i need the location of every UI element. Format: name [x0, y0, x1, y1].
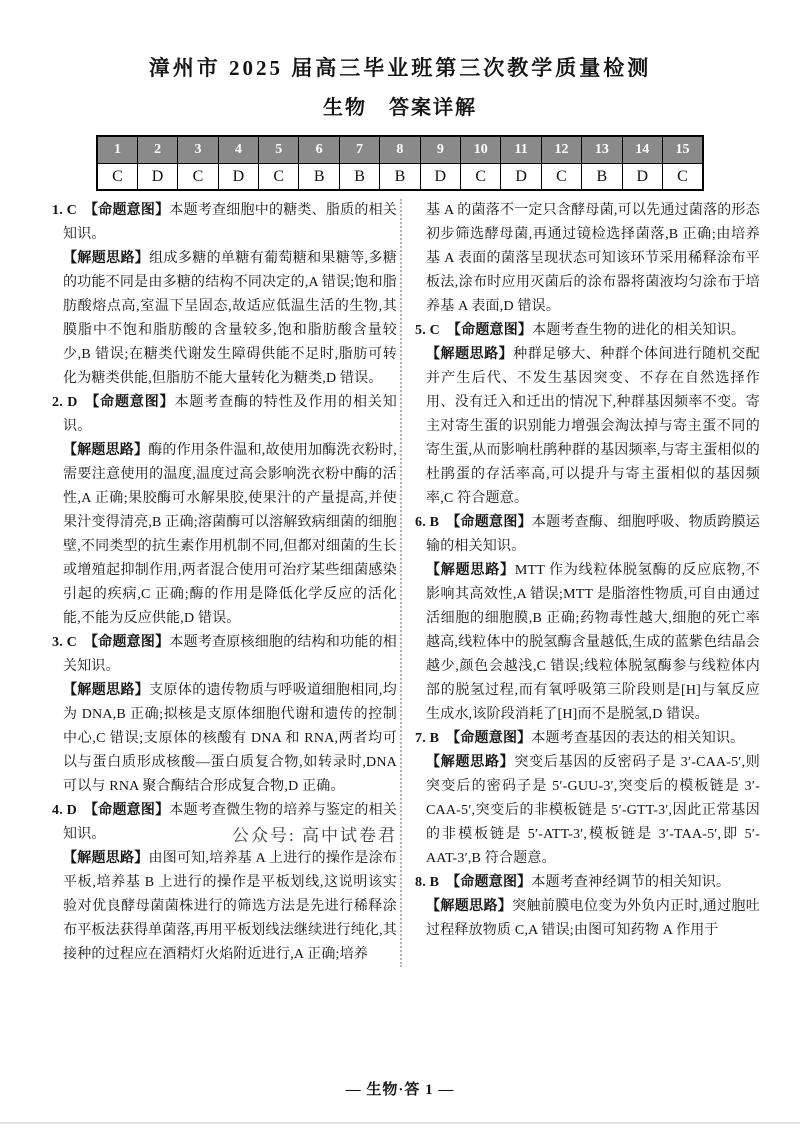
solution-label: 【解题思路】: [63, 851, 148, 866]
intent-label: 【命题意图】: [84, 635, 169, 650]
intent-label: 【命题意图】: [447, 323, 532, 338]
answer-cell: B: [380, 164, 420, 191]
document-page: 漳州市 2025 届高三毕业班第三次教学质量检测 生物 答案详解 1234567…: [0, 0, 800, 1131]
intent-paragraph: 8. B【命题意图】本题考查神经调节的相关知识。: [415, 871, 760, 895]
question-block: 1. C【命题意图】本题考查细胞中的糖类、脂质的相关知识。 【解题思路】组成多糖…: [52, 199, 397, 391]
answer-header-cell: 14: [622, 136, 662, 164]
intent-text: 本题考查基因的表达的相关知识。: [531, 731, 744, 746]
solution-label: 【解题思路】: [63, 683, 149, 698]
answer-header-cell: 11: [501, 136, 541, 164]
left-column: 1. C【命题意图】本题考查细胞中的糖类、脂质的相关知识。 【解题思路】组成多糖…: [52, 199, 397, 967]
question-block: 7. B【命题意图】本题考查基因的表达的相关知识。 【解题思路】突变后基因的反密…: [415, 727, 760, 871]
intent-label: 【命题意图】: [84, 203, 169, 218]
question-block: 3. C【命题意图】本题考查原核细胞的结构和功能的相关知识。 【解题思路】支原体…: [52, 631, 397, 799]
intent-label: 【命题意图】: [85, 395, 175, 410]
intent-paragraph: 5. C【命题意图】本题考查生物的进化的相关知识。: [415, 319, 760, 343]
answer-key-table: 123456789101112131415 CDCDCBBBDCDCBDC: [96, 135, 704, 191]
solution-text: 突变后基因的反密码子是 3′-CAA-5′,则突变后的密码子是 5′-GUU-3…: [426, 755, 760, 866]
page-title: 漳州市 2025 届高三毕业班第三次教学质量检测: [0, 52, 800, 82]
question-block: 2. D【命题意图】本题考查酶的特性及作用的相关知识。 【解题思路】酶的作用条件…: [52, 391, 397, 631]
answer-header-cell: 3: [178, 136, 218, 164]
answer-cell: C: [97, 164, 137, 191]
answer-header-cell: 6: [299, 136, 339, 164]
intent-text: 本题考查神经调节的相关知识。: [531, 875, 730, 890]
page-subtitle: 生物 答案详解: [0, 91, 800, 120]
answer-cell: B: [582, 164, 622, 191]
solution-text: MTT 作为线粒体脱氢酶的反应底物,不影响其高效性,A 错误;MTT 是脂溶性物…: [426, 563, 760, 722]
solution-paragraph: 【解题思路】种群足够大、种群个体间进行随机交配并产生后代、不发生基因突变、不存在…: [415, 343, 760, 511]
right-column: 基 A 的菌落不一定只含酵母菌,可以先通过菌落的形态初步筛选酵母菌,再通过镜检选…: [402, 199, 760, 967]
answer-header-cell: 10: [461, 136, 501, 164]
answer-header-cell: 13: [582, 136, 622, 164]
solution-text: 酶的作用条件温和,故使用加酶洗衣粉时,需要注意使用的温度,温度过高会影响洗衣粉中…: [63, 443, 397, 626]
answer-cell: C: [178, 164, 218, 191]
question-number-and-answer: 6. B: [415, 515, 439, 530]
answer-cell: D: [622, 164, 662, 191]
solution-paragraph: 【解题思路】组成多糖的单糖有葡萄糖和果糖等,多糖的功能不同是由多糖的结构不同决定…: [52, 247, 397, 391]
solution-label: 【解题思路】: [63, 251, 149, 266]
answer-table-header-row: 123456789101112131415: [97, 136, 703, 164]
answer-cell: D: [501, 164, 541, 191]
solution-text: 组成多糖的单糖有葡萄糖和果糖等,多糖的功能不同是由多糖的结构不同决定的,A 错误…: [63, 251, 397, 386]
question-block: 基 A 的菌落不一定只含酵母菌,可以先通过菌落的形态初步筛选酵母菌,再通过镜检选…: [415, 199, 760, 319]
watermark-text: 公众号: 高中试卷君: [232, 824, 397, 848]
answer-header-cell: 7: [339, 136, 379, 164]
answer-header-cell: 1: [97, 136, 137, 164]
intent-paragraph: 6. B【命题意图】本题考查酶、细胞呼吸、物质跨膜运输的相关知识。: [415, 511, 760, 559]
solution-text: 种群足够大、种群个体间进行随机交配并产生后代、不发生基因突变、不存在自然选择作用…: [426, 347, 760, 506]
intent-label: 【命题意图】: [84, 803, 169, 818]
answer-header-cell: 4: [218, 136, 258, 164]
solution-paragraph: 【解题思路】突变后基因的反密码子是 3′-CAA-5′,则突变后的密码子是 5′…: [415, 751, 760, 871]
two-column-body: 1. C【命题意图】本题考查细胞中的糖类、脂质的相关知识。 【解题思路】组成多糖…: [0, 199, 800, 967]
answer-cell: B: [299, 164, 339, 191]
intent-paragraph: 1. C【命题意图】本题考查细胞中的糖类、脂质的相关知识。: [52, 199, 397, 247]
question-number-and-answer: 2. D: [52, 395, 78, 410]
solution-label: 【解题思路】: [426, 347, 513, 362]
intent-label: 【命题意图】: [446, 515, 532, 530]
solution-paragraph: 【解题思路】由图可知,培养基 A 上进行的操作是涂布平板,培养基 B 上进行的操…: [52, 847, 397, 967]
page-bottom-edge: [0, 1122, 800, 1124]
answer-header-cell: 2: [137, 136, 177, 164]
solution-label: 【解题思路】: [426, 899, 512, 914]
page-footer: — 生物·答 1 —: [0, 1078, 800, 1099]
intent-paragraph: 2. D【命题意图】本题考查酶的特性及作用的相关知识。: [52, 391, 397, 439]
answer-header-cell: 9: [420, 136, 460, 164]
continuation-text: 基 A 的菌落不一定只含酵母菌,可以先通过菌落的形态初步筛选酵母菌,再通过镜检选…: [426, 203, 760, 314]
answer-header-cell: 15: [662, 136, 703, 164]
continuation-paragraph: 基 A 的菌落不一定只含酵母菌,可以先通过菌落的形态初步筛选酵母菌,再通过镜检选…: [415, 199, 760, 319]
solution-paragraph: 【解题思路】酶的作用条件温和,故使用加酶洗衣粉时,需要注意使用的温度,温度过高会…: [52, 439, 397, 631]
answer-cell: B: [339, 164, 379, 191]
intent-label: 【命题意图】: [446, 875, 531, 890]
solution-text: 支原体的遗传物质与呼吸道细胞相同,均为 DNA,B 正确;拟核是支原体细胞代谢和…: [63, 683, 397, 794]
solution-label: 【解题思路】: [63, 443, 148, 458]
answer-cell: C: [541, 164, 581, 191]
question-number-and-answer: 3. C: [52, 635, 77, 650]
answer-header-cell: 12: [541, 136, 581, 164]
answer-cell: D: [218, 164, 258, 191]
question-number-and-answer: 8. B: [415, 875, 439, 890]
answer-header-cell: 8: [380, 136, 420, 164]
solution-text: 由图可知,培养基 A 上进行的操作是涂布平板,培养基 B 上进行的操作是平板划线…: [63, 851, 397, 962]
intent-label: 【命题意图】: [446, 731, 531, 746]
answer-table-answer-row: CDCDCBBBDCDCBDC: [97, 164, 703, 191]
answer-cell: C: [461, 164, 501, 191]
solution-label: 【解题思路】: [426, 755, 514, 770]
answer-cell: D: [137, 164, 177, 191]
question-number-and-answer: 4. D: [52, 803, 77, 818]
answer-cell: D: [420, 164, 460, 191]
question-block: 8. B【命题意图】本题考查神经调节的相关知识。 【解题思路】突触前膜电位变为外…: [415, 871, 760, 943]
solution-paragraph: 【解题思路】MTT 作为线粒体脱氢酶的反应底物,不影响其高效性,A 错误;MTT…: [415, 559, 760, 727]
intent-paragraph: 4. D【命题意图】本题考查微生物的培养与鉴定的相关知识。 公众号: 高中试卷君: [52, 799, 397, 847]
question-number-and-answer: 5. C: [415, 323, 440, 338]
question-number-and-answer: 1. C: [52, 203, 77, 218]
answer-header-cell: 5: [259, 136, 299, 164]
answer-cell: C: [259, 164, 299, 191]
question-block: 4. D【命题意图】本题考查微生物的培养与鉴定的相关知识。 公众号: 高中试卷君…: [52, 799, 397, 967]
solution-paragraph: 【解题思路】突触前膜电位变为外负内正时,通过胞吐过程释放物质 C,A 错误;由图…: [415, 895, 760, 943]
question-block: 6. B【命题意图】本题考查酶、细胞呼吸、物质跨膜运输的相关知识。 【解题思路】…: [415, 511, 760, 727]
question-block: 5. C【命题意图】本题考查生物的进化的相关知识。 【解题思路】种群足够大、种群…: [415, 319, 760, 511]
solution-paragraph: 【解题思路】支原体的遗传物质与呼吸道细胞相同,均为 DNA,B 正确;拟核是支原…: [52, 679, 397, 799]
solution-label: 【解题思路】: [426, 563, 515, 578]
intent-text: 本题考查生物的进化的相关知识。: [532, 323, 745, 338]
question-number-and-answer: 7. B: [415, 731, 439, 746]
intent-paragraph: 7. B【命题意图】本题考查基因的表达的相关知识。: [415, 727, 760, 751]
answer-cell: C: [662, 164, 703, 191]
intent-paragraph: 3. C【命题意图】本题考查原核细胞的结构和功能的相关知识。: [52, 631, 397, 679]
